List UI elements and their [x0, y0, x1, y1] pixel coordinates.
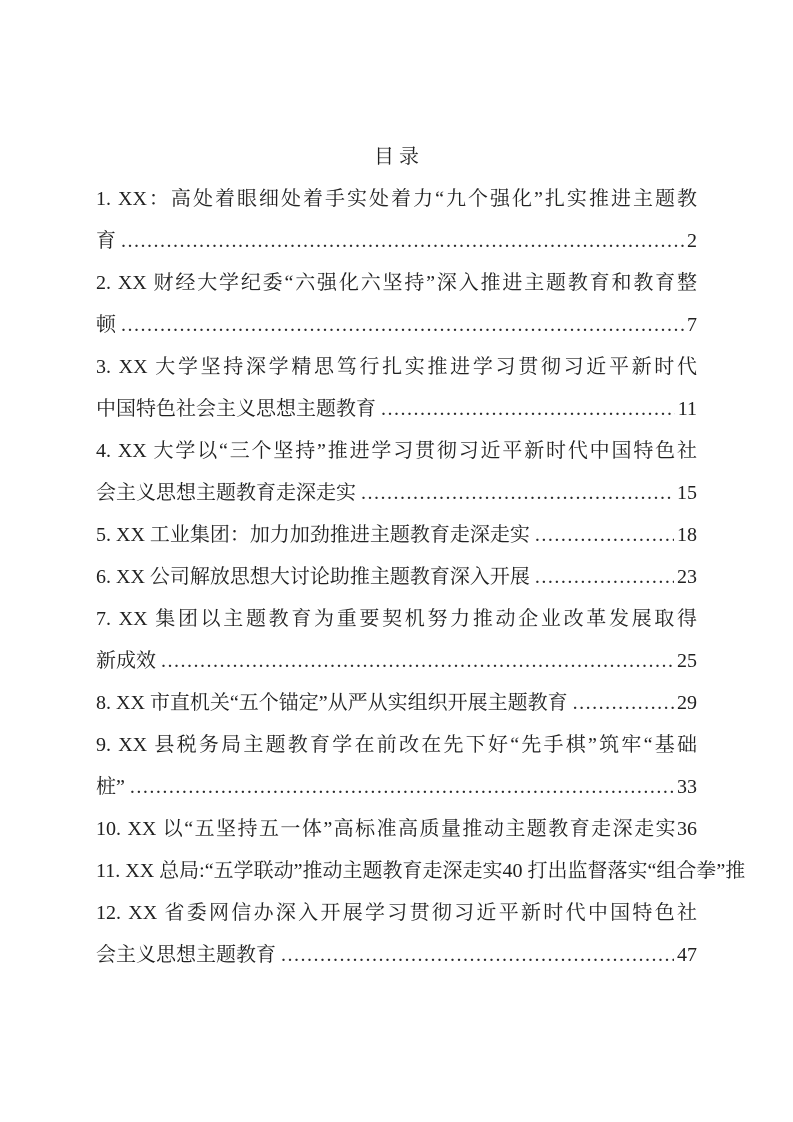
toc-entry-line[interactable]: 8. XX 市直机关“五个锚定”从严从实组织开展主题教育29 [96, 682, 697, 724]
page-number: 11 [678, 388, 697, 430]
page-number: 29 [677, 682, 697, 724]
toc-entry-line[interactable]: 新成效25 [96, 640, 697, 682]
page-number: 25 [677, 640, 697, 682]
toc-entry-line[interactable]: 5. XX 工业集团：加力加劲推进主题教育走深走实18 [96, 514, 697, 556]
toc-entry-line[interactable]: 育2 [96, 220, 697, 262]
toc-content: 目 录 1. XX：高处着眼细处着手实处着力“九个强化”扎实推进主题教育22. … [96, 136, 697, 976]
toc-title: 目 录 [96, 136, 697, 178]
toc-line-text[interactable]: 4. XX 大学以“三个坚持”推进学习贯彻习近平新时代中国特色社 [96, 430, 697, 472]
page-number: 47 [677, 934, 697, 976]
leader-dots [121, 220, 684, 262]
leader-dots [361, 472, 674, 514]
toc-line-text: 5. XX 工业集团：加力加劲推进主题教育走深走实 [96, 514, 530, 556]
toc-entry-line[interactable]: 中国特色社会主义思想主题教育11 [96, 388, 697, 430]
toc-entry-line[interactable]: 会主义思想主题教育47 [96, 934, 697, 976]
leader-dots [535, 556, 674, 598]
toc-entry-line[interactable]: 6. XX 公司解放思想大讨论助推主题教育深入开展23 [96, 556, 697, 598]
toc-line-text: 会主义思想主题教育 [96, 934, 276, 976]
document-page: 目 录 1. XX：高处着眼细处着手实处着力“九个强化”扎实推进主题教育22. … [0, 0, 793, 1122]
page-number: 7 [687, 304, 697, 346]
leader-dots [535, 514, 674, 556]
page-number: 15 [677, 472, 697, 514]
toc-line-text: 会主义思想主题教育走深走实 [96, 472, 356, 514]
toc-entry-line[interactable]: 顿7 [96, 304, 697, 346]
toc-line-text: 8. XX 市直机关“五个锚定”从严从实组织开展主题教育 [96, 682, 568, 724]
page-number: 33 [677, 766, 697, 808]
page-number: 2 [687, 220, 697, 262]
leader-dots [121, 304, 684, 346]
toc-entry-line[interactable]: 会主义思想主题教育走深走实15 [96, 472, 697, 514]
toc-entry-line[interactable]: 桩”33 [96, 766, 697, 808]
toc-line-text[interactable]: 7. XX 集团以主题教育为重要契机努力推动企业改革发展取得 [96, 598, 697, 640]
toc-line-text[interactable]: 10. XX 以“五坚持五一体”高标准高质量推动主题教育走深走实36 [96, 808, 697, 850]
toc-line-text: 中国特色社会主义思想主题教育 [96, 388, 376, 430]
toc-line-text[interactable]: 11. XX 总局:“五学联动”推动主题教育走深走实40 打出监督落实“组合拳”… [96, 850, 697, 892]
toc-line-text[interactable]: 2. XX 财经大学纪委“六强化六坚持”深入推进主题教育和教育整 [96, 262, 697, 304]
toc-line-text: 6. XX 公司解放思想大讨论助推主题教育深入开展 [96, 556, 530, 598]
toc-line-text[interactable]: 12. XX 省委网信办深入开展学习贯彻习近平新时代中国特色社 [96, 892, 697, 934]
leader-dots [573, 682, 674, 724]
toc-line-text[interactable]: 3. XX 大学坚持深学精思笃行扎实推进学习贯彻习近平新时代 [96, 346, 697, 388]
page-number: 18 [677, 514, 697, 556]
page-number: 23 [677, 556, 697, 598]
toc-list: 1. XX：高处着眼细处着手实处着力“九个强化”扎实推进主题教育22. XX 财… [96, 178, 697, 976]
toc-line-text[interactable]: 1. XX：高处着眼细处着手实处着力“九个强化”扎实推进主题教 [96, 178, 697, 220]
toc-line-text: 新成效 [96, 640, 156, 682]
toc-line-text[interactable]: 9. XX 县税务局主题教育学在前改在先下好“先手棋”筑牢“基础 [96, 724, 697, 766]
toc-line-text: 育 [96, 220, 116, 262]
leader-dots [130, 766, 674, 808]
toc-line-text: 桩” [96, 766, 125, 808]
leader-dots [281, 934, 674, 976]
leader-dots [381, 388, 675, 430]
toc-line-text: 顿 [96, 304, 116, 346]
leader-dots [161, 640, 674, 682]
